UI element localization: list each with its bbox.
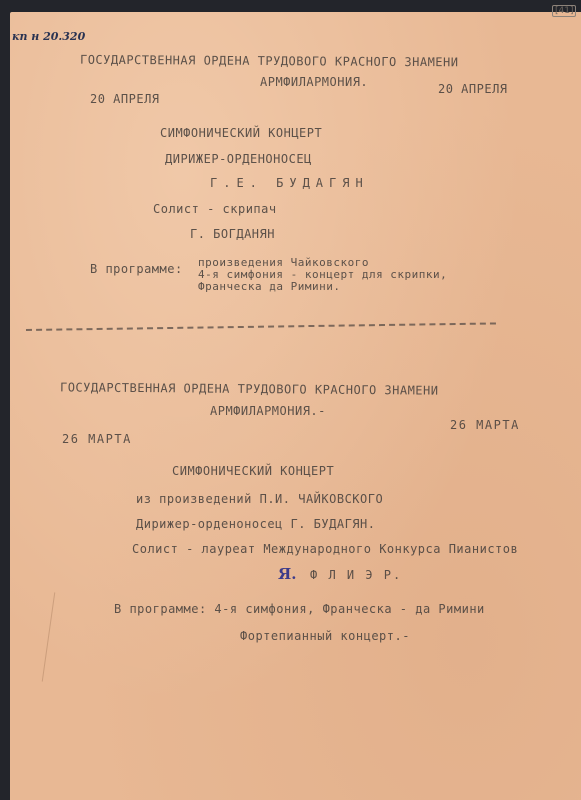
concert-subtitle: из произведений П.И. ЧАЙКОВСКОГО [136,492,383,506]
conductor-name: Г.Е. БУДАГЯН [210,176,369,190]
date-right: 26 МАРТА [450,418,520,432]
organization-line-1: ГОСУДАРСТВЕННАЯ ОРДЕНА ТРУДОВОГО КРАСНОГ… [60,380,439,397]
date-right: 20 АПРЕЛЯ [438,82,508,96]
soloist-name: Г. БОГДАНЯН [190,227,275,241]
soloist-initial-handwritten: Я. [278,565,296,583]
soloist-surname: Ф Л И Э Р. [310,568,402,582]
program-label: В программе: [90,262,183,276]
soloist-line: Солист - лауреат Международного Конкурса… [132,542,518,556]
conductor-label: ДИРИЖЕР-ОРДЕНОНОСЕЦ [165,152,312,166]
program-line-2: Фортепианный концерт.- [240,629,410,643]
handwritten-inventory-number: кп н 20.320 [12,30,85,43]
soloist-label: Солист - скрипач [153,202,277,216]
program-line: Франческа да Римини. [198,280,340,293]
cut-line-divider [26,322,496,331]
paper-crease [42,592,56,681]
date-left: 26 МАРТА [62,432,132,446]
date-left: 20 АПРЕЛЯ [90,92,160,106]
document-page: кп н 20.320 [41] ГОСУДАРСТВЕННАЯ ОРДЕНА … [10,12,581,800]
organization-line-1: ГОСУДАРСТВЕННАЯ ОРДЕНА ТРУДОВОГО КРАСНОГ… [80,53,459,70]
concert-title: СИМФОНИЧЕСКИЙ КОНЦЕРТ [172,464,334,478]
concert-title: СИМФОНИЧЕСКИЙ КОНЦЕРТ [160,126,322,140]
organization-line-2: АРМФИЛАРМОНИЯ.- [210,404,326,418]
conductor-line: Дирижер-орденоносец Г. БУДАГЯН. [136,517,375,531]
archive-page-number: [41] [552,5,576,17]
program-line-1: В программе: 4-я симфония, Франческа - д… [114,602,485,616]
organization-line-2: АРМФИЛАРМОНИЯ. [260,75,368,89]
